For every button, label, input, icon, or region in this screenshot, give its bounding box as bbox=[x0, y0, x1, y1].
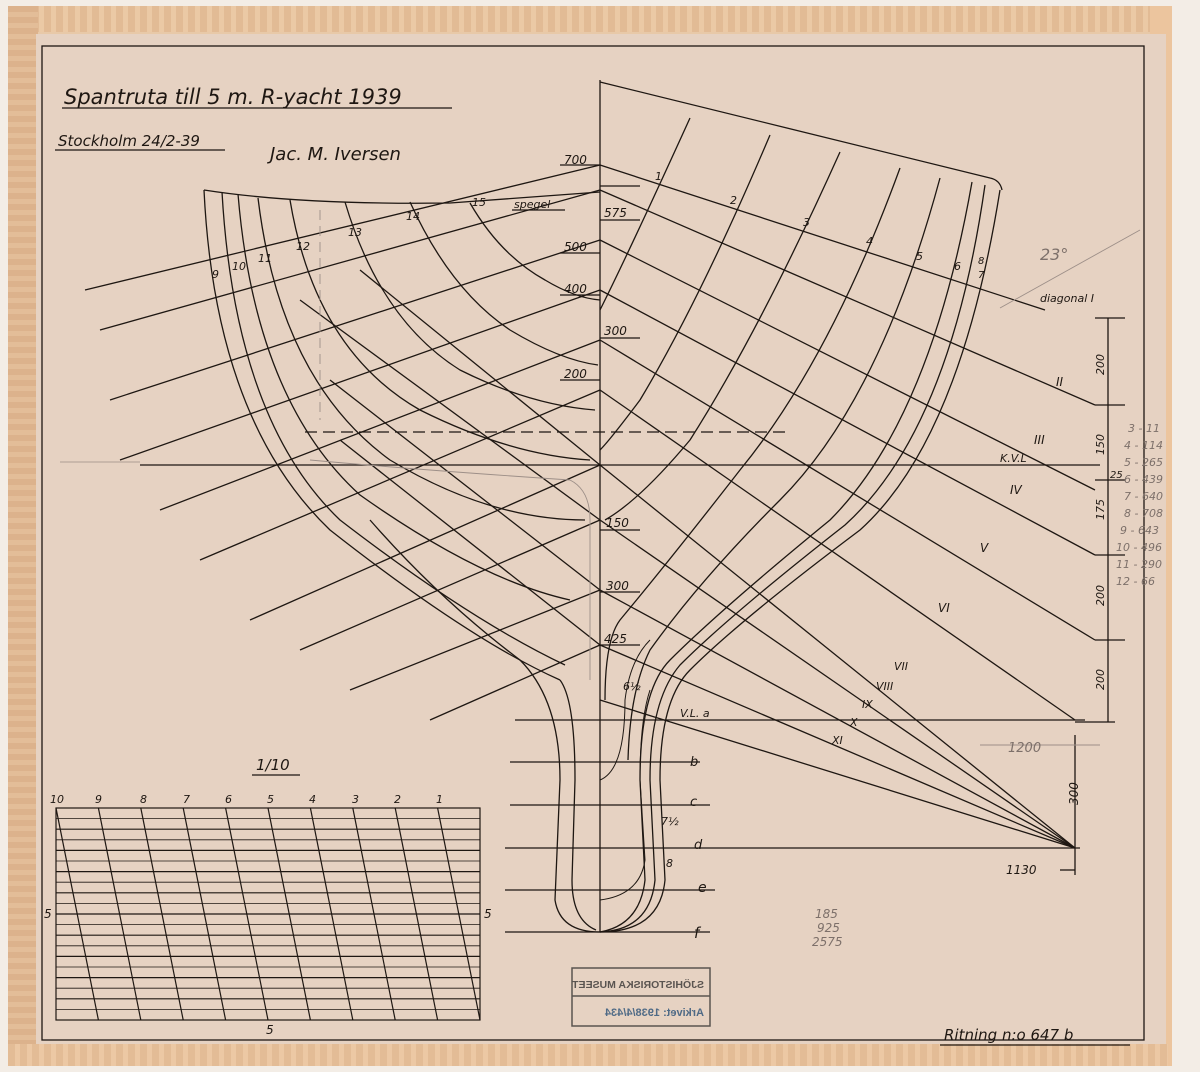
pencil-sum: 925 bbox=[817, 921, 840, 935]
svg-text:8: 8 bbox=[140, 793, 147, 806]
diagonal-I bbox=[600, 165, 1045, 310]
waterline-d-label: d bbox=[694, 838, 703, 853]
drawing-sheet: Spantruta till 5 m. R-yacht 1939 Stockho… bbox=[0, 0, 1200, 1072]
svg-text:9: 9 bbox=[95, 793, 102, 806]
height-label: 300 bbox=[604, 324, 627, 338]
svg-text:1: 1 bbox=[436, 793, 443, 806]
diagonal-label: III bbox=[1034, 433, 1045, 447]
svg-text:7 - 640: 7 - 640 bbox=[1124, 490, 1163, 503]
keel-label: 8 bbox=[666, 857, 673, 870]
diagonal-label: V bbox=[980, 541, 989, 555]
keel-label: 7½ bbox=[661, 815, 679, 828]
dimension-label: 200 bbox=[1094, 585, 1107, 606]
waterline-f-label: f bbox=[694, 924, 702, 942]
height-label: 700 bbox=[564, 153, 587, 167]
waterline-e-label: e bbox=[698, 880, 707, 896]
drawing-number: Ritning n:o 647 b bbox=[944, 1026, 1073, 1044]
dimension-300: 300 bbox=[1067, 782, 1081, 805]
svg-text:7: 7 bbox=[183, 793, 190, 806]
diagonal-II bbox=[600, 190, 1095, 405]
svg-text:9 - 643: 9 - 643 bbox=[1120, 524, 1159, 537]
station-number: 7 bbox=[978, 270, 985, 281]
station-number: 1 bbox=[655, 170, 662, 183]
svg-text:3: 3 bbox=[352, 793, 359, 806]
svg-text:11 - 290: 11 - 290 bbox=[1116, 558, 1162, 571]
depth-label: 150 bbox=[606, 516, 629, 530]
svg-text:10 - 496: 10 - 496 bbox=[1116, 541, 1162, 554]
svg-text:10: 10 bbox=[50, 793, 64, 806]
body-plan-drawing: Spantruta till 5 m. R-yacht 1939 Stockho… bbox=[0, 0, 1200, 1072]
spegel-label: spegel bbox=[514, 198, 550, 211]
diagonal-label: X bbox=[849, 716, 858, 729]
dimension-1130: 1130 bbox=[1006, 863, 1037, 877]
dimension-label: 175 bbox=[1094, 499, 1107, 520]
border-frame bbox=[42, 46, 1144, 1040]
scale-label: 1/10 bbox=[256, 756, 290, 774]
kvl-label: K.V.L bbox=[1000, 452, 1027, 465]
drawing-title: Spantruta till 5 m. R-yacht 1939 bbox=[64, 85, 402, 109]
station-number: 12 bbox=[296, 240, 310, 253]
angle-note: 23° bbox=[1040, 245, 1068, 264]
scale-top-numbers: 10 9 8 7 6 5 4 3 2 1 bbox=[50, 793, 443, 806]
height-label: 200 bbox=[564, 367, 587, 381]
dimension-label: 150 bbox=[1094, 434, 1107, 455]
diagonal-label: VIII bbox=[876, 680, 893, 693]
svg-text:4 - 114: 4 - 114 bbox=[1124, 439, 1163, 452]
station-number: 10 bbox=[232, 260, 246, 273]
diagonal-label: XI bbox=[831, 734, 843, 747]
waterline-c-label: c bbox=[690, 795, 697, 810]
diagonal-label: VII bbox=[894, 660, 908, 673]
station-number: 2 bbox=[730, 194, 737, 207]
svg-text:6: 6 bbox=[225, 793, 232, 806]
station-number: 3 bbox=[803, 216, 810, 229]
vla-label: V.L. a bbox=[680, 707, 710, 720]
scale-side-right: 5 bbox=[484, 907, 492, 921]
svg-text:8 - 708: 8 - 708 bbox=[1124, 507, 1163, 520]
station-number: 4 bbox=[866, 235, 873, 248]
scale-bottom: 5 bbox=[266, 1023, 274, 1037]
svg-text:6 - 439: 6 - 439 bbox=[1124, 473, 1163, 486]
diagonal-label: IX bbox=[862, 698, 873, 711]
signature: Jac. M. Iversen bbox=[267, 144, 401, 165]
height-label: 400 bbox=[564, 282, 587, 296]
place-date: Stockholm 24/2-39 bbox=[58, 132, 200, 150]
station-number: 8 bbox=[978, 256, 984, 267]
waterline-b-label: b bbox=[690, 755, 698, 770]
station-number: 14 bbox=[406, 210, 420, 223]
dimension-label: 200 bbox=[1094, 354, 1107, 375]
pencil-sum: 2575 bbox=[812, 935, 843, 949]
diagonal-label: VI bbox=[938, 601, 950, 615]
svg-text:5: 5 bbox=[267, 793, 274, 806]
pencil-sum: 185 bbox=[815, 907, 838, 921]
diagonal-label: II bbox=[1056, 375, 1064, 389]
depth-label: 425 bbox=[604, 632, 627, 646]
stamp-archive: Arkivet: 1938/4/434 bbox=[604, 1007, 704, 1019]
stamp-museum: SJÖHISTORISKA MUSEET bbox=[572, 978, 704, 991]
keel-label: 6½ bbox=[623, 680, 641, 693]
dimension-label: 25 bbox=[1110, 470, 1123, 481]
svg-text:2: 2 bbox=[394, 793, 401, 806]
station-number: 5 bbox=[916, 250, 923, 263]
svg-text:5 - 265: 5 - 265 bbox=[1124, 456, 1163, 469]
station-number: 11 bbox=[258, 252, 272, 265]
svg-text:3 - 11: 3 - 11 bbox=[1128, 422, 1160, 435]
pencil-offset-table: 3 - 11 4 - 114 5 - 265 6 - 439 7 - 640 8… bbox=[1116, 422, 1163, 588]
scale-side-left: 5 bbox=[44, 907, 52, 921]
station-number: 6 bbox=[954, 260, 961, 273]
station-number: 15 bbox=[472, 196, 486, 209]
scale-grid bbox=[56, 808, 480, 1020]
station-number: 9 bbox=[212, 268, 219, 281]
diagonal-label: diagonal I bbox=[1040, 292, 1094, 305]
dimension-label: 200 bbox=[1094, 669, 1107, 690]
svg-text:4: 4 bbox=[309, 793, 316, 806]
height-label: 500 bbox=[564, 240, 587, 254]
height-label: 575 bbox=[604, 206, 627, 220]
pencil-1200: 1200 bbox=[1008, 741, 1041, 756]
station-number: 13 bbox=[348, 226, 362, 239]
svg-text:12 - 66: 12 - 66 bbox=[1116, 575, 1155, 588]
diagonal-label: IV bbox=[1010, 483, 1023, 497]
depth-label: 300 bbox=[606, 579, 629, 593]
